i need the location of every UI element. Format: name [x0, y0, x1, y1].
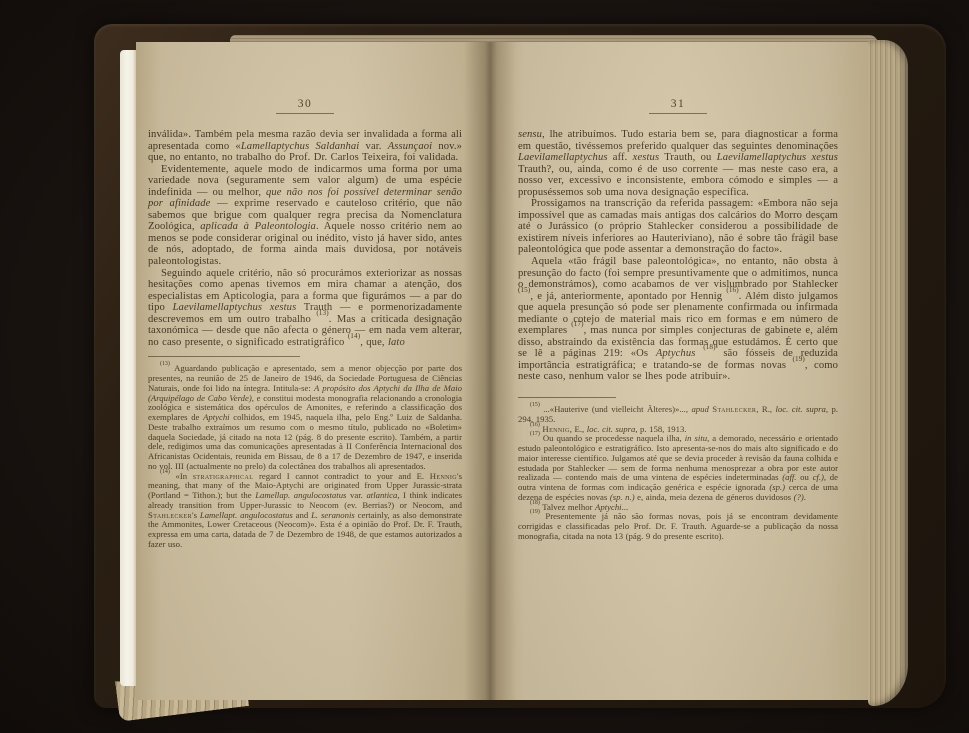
- paragraph: sensu, lhe atribuímos. Tudo estaria bem …: [518, 129, 838, 198]
- footnote-separator: [148, 356, 300, 357]
- left-page-body: inválida». Também pela mesma razão devia…: [148, 129, 462, 348]
- footnote: (19) Presentemente já não são formas nov…: [518, 512, 838, 541]
- paragraph: Prossigamos na transcrição da referida p…: [518, 198, 838, 256]
- left-page-footnotes: (13) Aguardando publicação e apresentado…: [148, 364, 462, 549]
- page-number-left: 30: [148, 98, 462, 110]
- footnote: (14) «In stratigraphical regard I cannot…: [148, 472, 462, 550]
- paragraph: Evidentemente, aquele modo de indicarmos…: [148, 164, 462, 268]
- page-stack-fore-edge: [868, 40, 908, 706]
- footnote: (15) ...«Hauterive (und vielleicht Älter…: [518, 405, 838, 425]
- endpaper-strip: [120, 50, 136, 686]
- scanned-book-photo: 30 inválida». Também pela mesma razão de…: [0, 0, 969, 733]
- footnote: (13) Aguardando publicação e apresentado…: [148, 364, 462, 471]
- book-open-pages: 30 inválida». Também pela mesma razão de…: [120, 42, 908, 700]
- right-page-footnotes: (15) ...«Hauterive (und vielleicht Älter…: [518, 405, 838, 542]
- page-number-right: 31: [518, 98, 838, 110]
- right-page: 31 sensu, lhe atribuímos. Tudo estaria b…: [490, 42, 868, 700]
- paragraph: Seguindo aquele critério, não só procurá…: [148, 268, 462, 349]
- footnote: (17) Ou quando se procedesse naquela ilh…: [518, 434, 838, 502]
- right-page-body: sensu, lhe atribuímos. Tudo estaria bem …: [518, 129, 838, 383]
- left-page: 30 inválida». Também pela mesma razão de…: [136, 42, 490, 700]
- page-number-rule: [649, 113, 707, 114]
- page-number-rule: [276, 113, 334, 114]
- paragraph: Aquela «tão frágil base paleontológica»,…: [518, 256, 838, 383]
- footnote-separator: [518, 397, 616, 398]
- paragraph: inválida». Também pela mesma razão devia…: [148, 129, 462, 164]
